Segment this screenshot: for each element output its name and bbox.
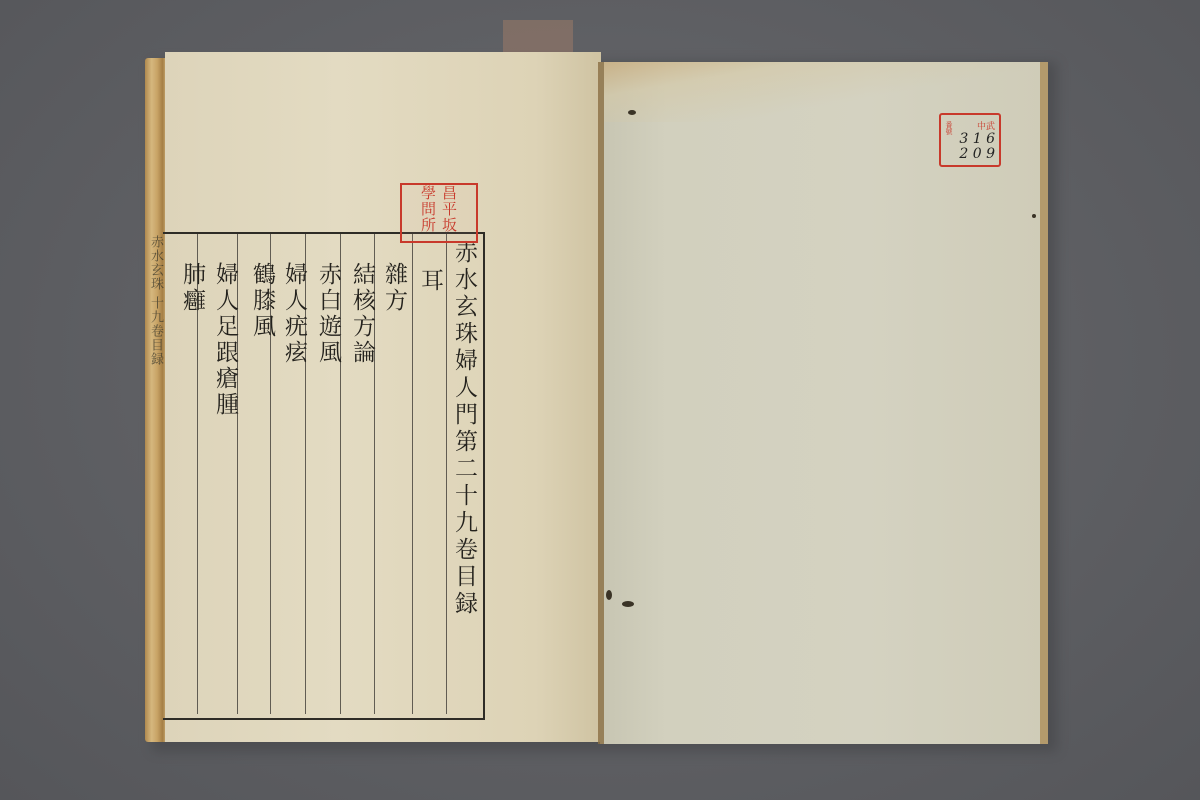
right-page-edge [1040,62,1048,744]
library-seal: 昌平坂學問所 [400,183,478,243]
toc-entry: 耳 [418,268,441,294]
catalog-seal-header: 中武 [977,119,995,132]
ink-speck [628,110,636,115]
toc-entry: 結核方論 [350,262,373,366]
toc-entry: 鶴膝風 [250,262,273,340]
catalog-number-1: 3 1 6 [959,132,995,147]
catalog-number-2: 2 0 9 [959,147,995,162]
toc-entry: 赤白遊風 [316,262,339,366]
ink-speck [1032,214,1036,218]
catalog-seal-side: 番號 [944,121,954,135]
toc-entry: 雜方 [382,262,405,314]
catalog-seal: 番號 中武 3 1 6 2 0 9 [939,113,1001,167]
toc-title: 赤水玄珠婦人門第二十九卷目録 [452,240,475,618]
book-gutter [598,62,604,744]
ink-speck [606,590,612,600]
library-seal-text: 昌平坂學問所 [418,185,460,241]
column-rule [446,234,447,714]
toc-entry: 婦人足跟瘡腫 [213,262,236,418]
ink-speck [622,601,634,607]
column-rule [412,234,413,714]
toc-entry: 婦人疣痃 [282,262,305,366]
toc-entry: 肺癰 [180,262,203,314]
